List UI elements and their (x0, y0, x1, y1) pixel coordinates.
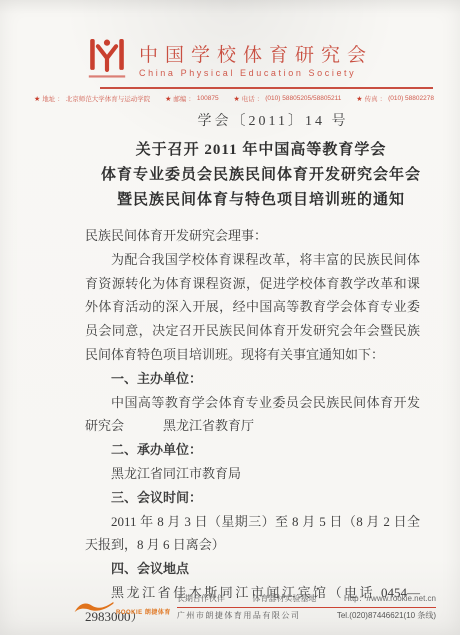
contact-colon: ： (380, 94, 387, 103)
contact-label: 地址 (42, 94, 55, 103)
contact-value: (010) 58802278 (388, 95, 434, 102)
contact-value: 北京师范大学体育与运动学院 (66, 94, 151, 103)
sponsor-company-name: 广州市朗捷体育用品有限公司 (177, 610, 301, 621)
notice-title: 关于召开 2011 年中国高等教育学会 体育专业委员会民族民间体育开发研究会年会… (76, 138, 446, 213)
base-label: 体育器材实验基地 (252, 593, 316, 604)
contact-info-line: ★ 地址 ： 北京师范大学体育与运动学院 ★ 邮编 ： 100875 ★ 电话 … (34, 94, 434, 103)
contact-item: ★ 邮编 ： 100875 (165, 94, 218, 103)
contact-value: (010) 58805205/58805211 (265, 95, 341, 102)
scanned-notice-page: 中国学校体育研究会 China Physical Education Socie… (0, 0, 460, 635)
org-name-english: China Physical Education Society (139, 68, 373, 78)
contact-colon: ： (257, 94, 264, 103)
body-paragraph: 民族民间体育开发研究会理事： (85, 224, 420, 248)
title-line: 体育专业委员会民族民间体育开发研究会年会 (76, 163, 446, 188)
contact-value: 100875 (197, 95, 219, 102)
rookie-logo-text: ROOKIE 朗捷体育 (116, 607, 171, 616)
sponsor-row-bottom: 广州市朗捷体育用品有限公司 Tel.(020)87446621(10 条线) (177, 608, 436, 622)
title-line: 暨民族民间体育与特色项目培训班的通知 (76, 188, 446, 213)
document-number: 学会〔2011〕14 号 (0, 110, 460, 130)
logo-caption-bar (89, 75, 125, 77)
rookie-logo: ROOKIE 朗捷体育 (74, 598, 171, 616)
sponsor-url: Http：//www.rookie.net.cn (344, 593, 436, 604)
header: 中国学校体育研究会 China Physical Education Socie… (0, 0, 460, 84)
contact-label: 电话 (242, 94, 255, 103)
contact-colon: ： (188, 94, 195, 103)
org-name-block: 中国学校体育研究会 China Physical Education Socie… (139, 40, 373, 78)
body-paragraph: 三、会议时间： (85, 486, 420, 510)
body-paragraph: 中国高等教育学会体育专业委员会民族民间体育开发研究会 黑龙江省教育厅 (85, 391, 420, 439)
sponsor-text-block: 长期合作伙伴 体育器材实验基地 Http：//www.rookie.net.cn… (177, 593, 436, 621)
header-divider-line (100, 87, 433, 89)
body-paragraph: 一、主办单位： (85, 367, 420, 391)
rookie-swoosh-icon (74, 598, 114, 616)
contact-item: ★ 传真 ： (010) 58802278 (356, 94, 434, 103)
body-paragraph: 为配合我国学校体育课程改革，将丰富的民族民间体育资源转化为体育课程资源，促进学校… (85, 248, 420, 367)
title-line: 关于召开 2011 年中国高等教育学会 (76, 138, 446, 163)
sponsor-telephone: Tel.(020)87446621(10 条线) (337, 610, 436, 621)
sponsor-footer: ROOKIE 朗捷体育 长期合作伙伴 体育器材实验基地 Http：//www.r… (74, 593, 436, 621)
society-logo-icon (87, 34, 127, 84)
contact-colon: ： (57, 94, 64, 103)
body-paragraph: 四、会议地点 (85, 557, 420, 581)
body-paragraph: 2011 年 8 月 3 日（星期三）至 8 月 5 日（8 月 2 日全天报到… (85, 510, 420, 558)
body-paragraph: 二、承办单位： (85, 438, 420, 462)
star-icon: ★ (233, 95, 239, 103)
contact-item: ★ 电话 ： (010) 58805205/58805211 (233, 94, 341, 103)
notice-body: 民族民间体育开发研究会理事： 为配合我国学校体育课程改革，将丰富的民族民间体育资… (85, 224, 420, 629)
star-icon: ★ (34, 95, 40, 103)
contact-label: 邮编 (173, 94, 186, 103)
org-name-chinese: 中国学校体育研究会 (139, 40, 373, 67)
body-paragraph: 黑龙江省同江市教育局 (85, 462, 420, 486)
sponsor-row-top: 长期合作伙伴 体育器材实验基地 Http：//www.rookie.net.cn (177, 593, 436, 608)
contact-label: 传真 (365, 94, 378, 103)
partner-label: 长期合作伙伴 (177, 593, 225, 604)
contact-item: ★ 地址 ： 北京师范大学体育与运动学院 (34, 94, 150, 103)
star-icon: ★ (356, 95, 362, 103)
star-icon: ★ (165, 95, 171, 103)
